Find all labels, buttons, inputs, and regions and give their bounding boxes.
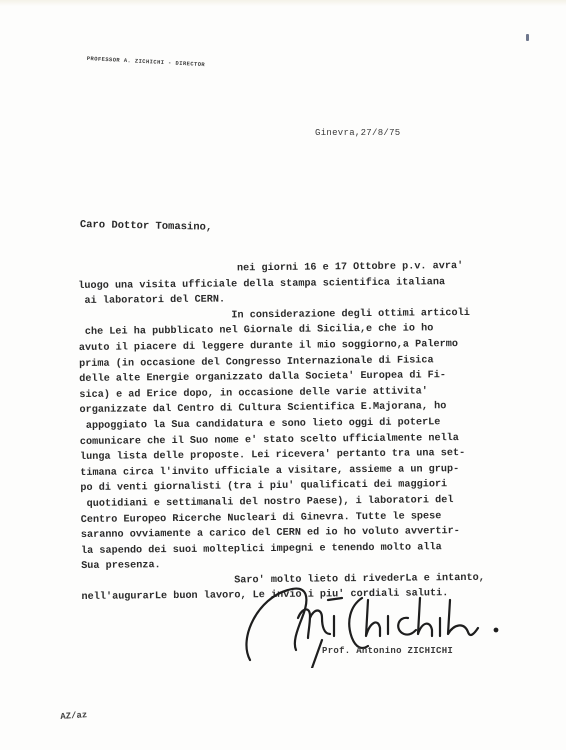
letter-date: Ginevra,27/8/75: [315, 128, 401, 138]
letter-body: nei giorni 16 e 17 Ottobre p.v. avra' lu…: [78, 258, 552, 606]
signer-name: Prof. Antonino ZICHICHI: [322, 646, 453, 656]
letterhead: PROFESSOR A. ZICHICHI - DIRECTOR: [87, 55, 206, 68]
letter-page: PROFESSOR A. ZICHICHI - DIRECTOR Ginevra…: [0, 0, 566, 750]
salutation: Caro Dottor Tomasino,: [80, 219, 213, 234]
ink-speck: [526, 34, 529, 41]
reference-initials: AZ/az: [60, 710, 88, 722]
paper-top-edge: [0, 0, 566, 6]
